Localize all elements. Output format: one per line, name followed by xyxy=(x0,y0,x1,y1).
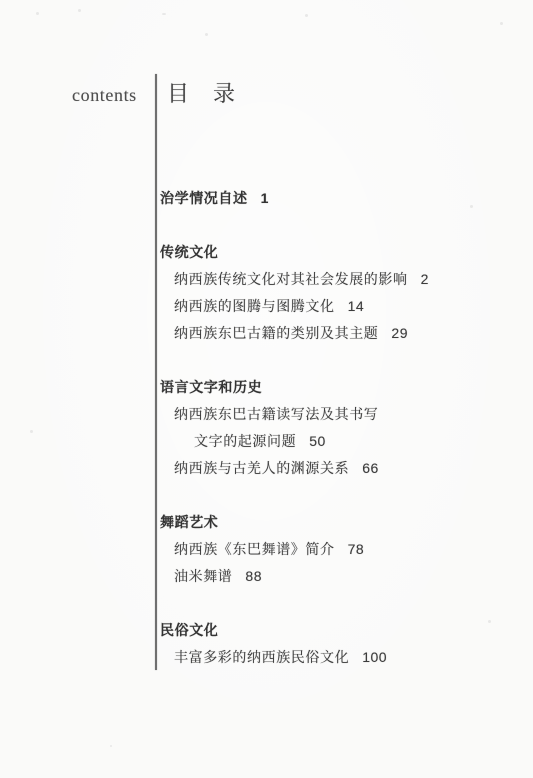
contents-label-en: contents xyxy=(72,85,137,106)
scan-speck xyxy=(30,430,33,433)
toc-entry-title: 文字的起源问题 xyxy=(194,433,296,449)
toc-section-heading: 舞蹈艺术 xyxy=(160,512,510,532)
table-of-contents: 治学情况自述1 传统文化 纳西族传统文化对其社会发展的影响2 纳西族的图腾与图腾… xyxy=(160,188,510,667)
toc-entry: 纳西族的图腾与图腾文化14 xyxy=(160,296,510,316)
vertical-divider xyxy=(155,74,157,670)
toc-entry: 丰富多彩的纳西族民俗文化100 xyxy=(160,647,510,667)
toc-page-number: 14 xyxy=(348,298,365,314)
scan-speck xyxy=(110,745,112,747)
toc-entry-title: 纳西族的图腾与图腾文化 xyxy=(174,298,335,314)
book-toc-page: contents 目 录 治学情况自述1 传统文化 纳西族传统文化对其社会发展的… xyxy=(0,0,533,778)
toc-page-number: 50 xyxy=(309,433,326,449)
toc-entry-title: 纳西族《东巴舞谱》简介 xyxy=(174,541,335,557)
toc-page-number: 100 xyxy=(362,649,387,665)
toc-page-number: 2 xyxy=(421,271,429,287)
toc-page-number: 1 xyxy=(261,190,269,206)
page-title: 目 录 xyxy=(167,77,236,108)
toc-section-heading: 民俗文化 xyxy=(160,620,510,640)
toc-entry-intro: 治学情况自述1 xyxy=(160,188,510,208)
toc-entry: 油米舞谱88 xyxy=(160,566,510,586)
toc-entry-title: 油米舞谱 xyxy=(174,568,232,584)
scan-speck xyxy=(78,9,81,12)
toc-entry-title: 纳西族传统文化对其社会发展的影响 xyxy=(174,271,408,287)
toc-entry-title: 纳西族东巴古籍的类别及其主题 xyxy=(174,325,378,341)
toc-page-number: 78 xyxy=(348,541,365,557)
toc-entry: 纳西族传统文化对其社会发展的影响2 xyxy=(160,269,510,289)
toc-entry-title: 治学情况自述 xyxy=(160,190,248,206)
toc-page-number: 88 xyxy=(245,568,262,584)
scan-speck xyxy=(305,14,308,17)
toc-section-heading: 传统文化 xyxy=(160,242,510,262)
scan-speck xyxy=(205,33,208,36)
toc-section-heading: 语言文字和历史 xyxy=(160,377,510,397)
toc-entry: 纳西族东巴古籍读写法及其书写 xyxy=(160,404,510,424)
toc-entry-title: 丰富多彩的纳西族民俗文化 xyxy=(174,649,349,665)
toc-page-number: 66 xyxy=(362,460,379,476)
toc-entry-title: 纳西族东巴古籍读写法及其书写 xyxy=(174,406,378,422)
toc-entry: 纳西族东巴古籍的类别及其主题29 xyxy=(160,323,510,343)
scan-speck xyxy=(162,13,166,15)
toc-page-number: 29 xyxy=(391,325,408,341)
toc-entry: 纳西族《东巴舞谱》简介78 xyxy=(160,539,510,559)
toc-entry-title: 纳西族与古羌人的渊源关系 xyxy=(174,460,349,476)
scan-speck xyxy=(500,22,503,25)
toc-entry: 文字的起源问题50 xyxy=(160,431,510,451)
toc-entry: 纳西族与古羌人的渊源关系66 xyxy=(160,458,510,478)
scan-speck xyxy=(36,12,39,15)
